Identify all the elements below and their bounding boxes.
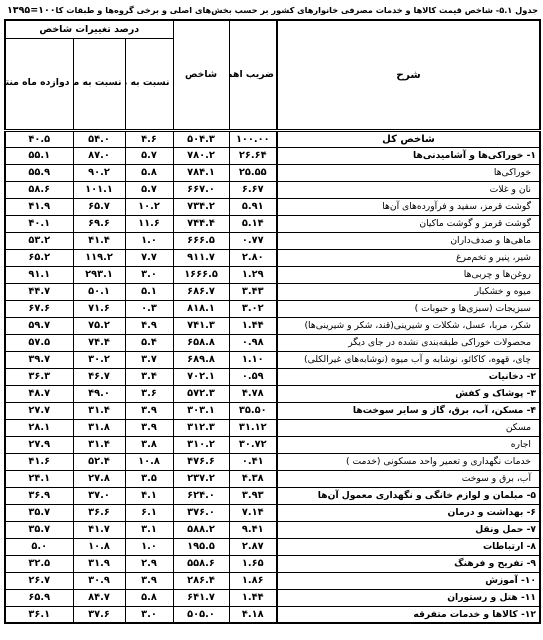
- twelve-month-change-cell: ۳۶.۹: [5, 487, 73, 504]
- yoy-change-cell: ۷۵.۲: [73, 317, 125, 334]
- weight-cell: ۱.۱۰: [229, 351, 277, 368]
- mom-change-cell: ۵.۱: [125, 283, 173, 300]
- weight-cell: ۳۱.۱۲: [229, 419, 277, 436]
- mom-change-cell: ۳.۹: [125, 402, 173, 419]
- yoy-change-cell: ۱۰.۸: [73, 538, 125, 555]
- twelve-month-change-cell: ۵۵.۹: [5, 164, 73, 181]
- index-cell: ۳۷۶.۰: [173, 504, 229, 521]
- twelve-month-change-cell: ۴۱.۶: [5, 453, 73, 470]
- category-label: شکر، مربا، عسل، شکلات و شیرینی(قند، شکر …: [277, 317, 540, 334]
- weight-cell: ۳.۹۳: [229, 487, 277, 504]
- header-month-over-month: نسبت به ماه قبل: [125, 38, 173, 130]
- header-year-over-year: نسبت به ماه مشابه سال قبل: [73, 38, 125, 130]
- table-row: شیر، پنیر و تخم‌مرغ ۲.۸۰ ۹۱۱.۷ ۷.۷ ۱۱۹.۲…: [5, 249, 540, 266]
- mom-change-cell: ۱۰.۸: [125, 453, 173, 470]
- table-row: ۱۰- آموزش ۱.۸۶ ۲۸۶.۴ ۳.۹ ۳۰.۹ ۲۶.۷: [5, 572, 540, 589]
- index-cell: ۶۵۸.۸: [173, 334, 229, 351]
- weight-cell: ۰.۷۷: [229, 232, 277, 249]
- index-cell: ۵۰۴.۳: [173, 130, 229, 147]
- category-label: ۷- حمل ونقل: [277, 521, 540, 538]
- twelve-month-change-cell: ۶۵.۲: [5, 249, 73, 266]
- yoy-change-cell: ۸۴.۷: [73, 589, 125, 606]
- table-row: اجاره ۳۰.۷۲ ۳۱۰.۲ ۳.۸ ۳۱.۴ ۲۷.۹: [5, 436, 540, 453]
- twelve-month-change-cell: ۳۹.۷: [5, 351, 73, 368]
- twelve-month-change-cell: ۲۷.۷: [5, 402, 73, 419]
- table-row: ۱۲- کالاها و خدمات متفرقه ۴.۱۸ ۵۰۵.۰ ۳.۰…: [5, 606, 540, 623]
- index-cell: ۹۱۱.۷: [173, 249, 229, 266]
- mom-change-cell: ۳.۴: [125, 368, 173, 385]
- index-cell: ۳۱۰.۲: [173, 436, 229, 453]
- category-label: میوه و خشکبار: [277, 283, 540, 300]
- table-header: شرح ضریب اهمیت شاخص درصد تغییرات شاخص نس…: [5, 20, 540, 130]
- table-body: شاخص کل ۱۰۰.۰۰ ۵۰۴.۳ ۴.۶ ۵۴.۰ ۴۰.۵ ۱- خو…: [5, 130, 540, 623]
- yoy-change-cell: ۲۷.۸: [73, 470, 125, 487]
- category-label: سبزیجات (سبزی‌ها و حبوبات ): [277, 300, 540, 317]
- index-cell: ۷۸۰.۲: [173, 147, 229, 164]
- yoy-change-cell: ۳۱.۸: [73, 419, 125, 436]
- mom-change-cell: ۳.۰: [125, 266, 173, 283]
- table-row: ۲- دخانیات ۰.۵۹ ۷۰۲.۱ ۳.۴ ۴۶.۷ ۳۶.۳: [5, 368, 540, 385]
- mom-change-cell: ۷.۷: [125, 249, 173, 266]
- index-cell: ۶۲۴.۰: [173, 487, 229, 504]
- category-label: ماهی‌ها و صدف‌داران: [277, 232, 540, 249]
- weight-cell: ۴.۷۸: [229, 385, 277, 402]
- category-label: ۳- پوشاک و کفش: [277, 385, 540, 402]
- mom-change-cell: ۵.۸: [125, 589, 173, 606]
- yoy-change-cell: ۳۶.۶: [73, 504, 125, 521]
- table-row: ۱۱- هتل و رستوران ۱.۴۴ ۶۴۱.۷ ۵.۸ ۸۴.۷ ۶۵…: [5, 589, 540, 606]
- table-row: خوراکی‌ها ۲۵.۵۵ ۷۸۴.۱ ۵.۸ ۹۰.۲ ۵۵.۹: [5, 164, 540, 181]
- index-cell: ۶۶۷.۰: [173, 181, 229, 198]
- table-row: چای، قهوه، کاکائو، نوشابه و آب میوه (نوش…: [5, 351, 540, 368]
- category-label: شاخص کل: [277, 130, 540, 147]
- category-label: ۱۰- آموزش: [277, 572, 540, 589]
- twelve-month-change-cell: ۵۹.۷: [5, 317, 73, 334]
- index-cell: ۵۰۵.۰: [173, 606, 229, 623]
- header-twelve-month: دوازده ماه منتهی به ماه جاری نسبت به دور…: [5, 38, 73, 130]
- mom-change-cell: ۱.۰: [125, 538, 173, 555]
- table-row: ۹- تفریح و فرهنگ ۱.۶۵ ۵۵۸.۶ ۲.۹ ۳۱.۹ ۳۲.…: [5, 555, 540, 572]
- table-row: خدمات نگهداری و تعمیر واحد مسکونی (خدمت …: [5, 453, 540, 470]
- index-cell: ۳۰۳.۱: [173, 402, 229, 419]
- category-label: محصولات خوراکی طبقه‌بندی نشده در جای دیگ…: [277, 334, 540, 351]
- table-row: ۱- خوراکی‌ها و آشامیدنی‌ها ۲۶.۶۴ ۷۸۰.۲ ۵…: [5, 147, 540, 164]
- category-label: ۲- دخانیات: [277, 368, 540, 385]
- table-row: شکر، مربا، عسل، شکلات و شیرینی(قند، شکر …: [5, 317, 540, 334]
- weight-cell: ۳.۰۲: [229, 300, 277, 317]
- index-cell: ۶۸۶.۷: [173, 283, 229, 300]
- mom-change-cell: ۴.۹: [125, 317, 173, 334]
- table-row: مسکن ۳۱.۱۲ ۳۱۲.۳ ۳.۹ ۳۱.۸ ۲۸.۱: [5, 419, 540, 436]
- twelve-month-change-cell: ۳۶.۱: [5, 606, 73, 623]
- category-label: ۵- مبلمان و لوازم خانگی و نگهداری معمول …: [277, 487, 540, 504]
- index-cell: ۷۸۴.۱: [173, 164, 229, 181]
- category-label: ۴- مسکن، آب، برق، گاز و سایر سوخت‌ها: [277, 402, 540, 419]
- yoy-change-cell: ۳۱.۴: [73, 402, 125, 419]
- category-label: شیر، پنیر و تخم‌مرغ: [277, 249, 540, 266]
- table-row: سبزیجات (سبزی‌ها و حبوبات ) ۳.۰۲ ۸۱۸.۱ ۰…: [5, 300, 540, 317]
- mom-change-cell: ۳.۰: [125, 606, 173, 623]
- header-index: شاخص: [173, 20, 229, 130]
- table-row: ۸- ارتباطات ۲.۸۷ ۱۹۵.۵ ۱.۰ ۱۰.۸ ۵.۰: [5, 538, 540, 555]
- twelve-month-change-cell: ۳۲.۵: [5, 555, 73, 572]
- weight-cell: ۱.۶۵: [229, 555, 277, 572]
- header-percent-changes-group: درصد تغییرات شاخص: [5, 20, 173, 38]
- twelve-month-change-cell: ۲۸.۱: [5, 419, 73, 436]
- yoy-change-cell: ۹۰.۲: [73, 164, 125, 181]
- weight-cell: ۱۰۰.۰۰: [229, 130, 277, 147]
- mom-change-cell: ۵.۸: [125, 164, 173, 181]
- mom-change-cell: ۱۰.۲: [125, 198, 173, 215]
- category-label: ۱- خوراکی‌ها و آشامیدنی‌ها: [277, 147, 540, 164]
- category-label: ۹- تفریح و فرهنگ: [277, 555, 540, 572]
- index-cell: ۸۱۸.۱: [173, 300, 229, 317]
- weight-cell: ۲۵.۵۵: [229, 164, 277, 181]
- twelve-month-change-cell: ۵.۰: [5, 538, 73, 555]
- document-page: جدول ۵.۱- شاخص قیمت کالاها و خدمات مصرفی…: [0, 0, 543, 640]
- yoy-change-cell: ۴۹.۰: [73, 385, 125, 402]
- weight-cell: ۱.۸۶: [229, 572, 277, 589]
- category-label: چای، قهوه، کاکائو، نوشابه و آب میوه (نوش…: [277, 351, 540, 368]
- mom-change-cell: ۰.۳: [125, 300, 173, 317]
- yoy-change-cell: ۳۱.۹: [73, 555, 125, 572]
- mom-change-cell: ۶.۱: [125, 504, 173, 521]
- yoy-change-cell: ۳۷.۶: [73, 606, 125, 623]
- table-row: آب، برق و سوخت ۴.۳۸ ۲۳۷.۲ ۳.۵ ۲۷.۸ ۲۴.۱: [5, 470, 540, 487]
- twelve-month-change-cell: ۶۷.۶: [5, 300, 73, 317]
- title-bar: جدول ۵.۱- شاخص قیمت کالاها و خدمات مصرفی…: [0, 0, 543, 19]
- category-label: روغن‌ها و چربی‌ها: [277, 266, 540, 283]
- yoy-change-cell: ۳۱.۴: [73, 436, 125, 453]
- yoy-change-cell: ۳۰.۲: [73, 351, 125, 368]
- weight-cell: ۱.۴۴: [229, 589, 277, 606]
- yoy-change-cell: ۵۲.۴: [73, 453, 125, 470]
- table-row: محصولات خوراکی طبقه‌بندی نشده در جای دیگ…: [5, 334, 540, 351]
- weight-cell: ۳۵.۵۰: [229, 402, 277, 419]
- weight-cell: ۲.۸۰: [229, 249, 277, 266]
- index-cell: ۳۱۲.۳: [173, 419, 229, 436]
- weight-cell: ۲۶.۶۴: [229, 147, 277, 164]
- weight-cell: ۱.۲۹: [229, 266, 277, 283]
- category-label: آب، برق و سوخت: [277, 470, 540, 487]
- weight-cell: ۳۰.۷۲: [229, 436, 277, 453]
- mom-change-cell: ۲.۹: [125, 555, 173, 572]
- weight-cell: ۶.۶۷: [229, 181, 277, 198]
- mom-change-cell: ۱.۰: [125, 232, 173, 249]
- twelve-month-change-cell: ۵۷.۵: [5, 334, 73, 351]
- table-row: ۳- پوشاک و کفش ۴.۷۸ ۵۷۲.۳ ۳.۶ ۴۹.۰ ۴۸.۷: [5, 385, 540, 402]
- mom-change-cell: ۱۱.۶: [125, 215, 173, 232]
- weight-cell: ۴.۳۸: [229, 470, 277, 487]
- index-cell: ۷۴۴.۴: [173, 215, 229, 232]
- twelve-month-change-cell: ۴۰.۱: [5, 215, 73, 232]
- weight-cell: ۷.۱۴: [229, 504, 277, 521]
- index-cell: ۲۸۶.۴: [173, 572, 229, 589]
- category-label: نان و غلات: [277, 181, 540, 198]
- weight-cell: ۴.۱۸: [229, 606, 277, 623]
- index-cell: ۱۹۵.۵: [173, 538, 229, 555]
- twelve-month-change-cell: ۹۱.۱: [5, 266, 73, 283]
- mom-change-cell: ۵.۷: [125, 181, 173, 198]
- mom-change-cell: ۳.۶: [125, 385, 173, 402]
- weight-cell: ۹.۴۱: [229, 521, 277, 538]
- twelve-month-change-cell: ۴۰.۵: [5, 130, 73, 147]
- yoy-change-cell: ۵۰.۱: [73, 283, 125, 300]
- cpi-table: شرح ضریب اهمیت شاخص درصد تغییرات شاخص نس…: [4, 19, 541, 624]
- table-row: ۷- حمل ونقل ۹.۴۱ ۵۸۸.۲ ۳.۱ ۴۱.۷ ۳۵.۷: [5, 521, 540, 538]
- table-row: گوشت قرمز، سفید و فرآورده‌های آن‌ها ۵.۹۱…: [5, 198, 540, 215]
- index-cell: ۱۶۶۶.۵: [173, 266, 229, 283]
- weight-cell: ۰.۹۸: [229, 334, 277, 351]
- category-label: اجاره: [277, 436, 540, 453]
- index-cell: ۵۵۸.۶: [173, 555, 229, 572]
- category-label: ۶- بهداشت و درمان: [277, 504, 540, 521]
- mom-change-cell: ۳.۱: [125, 521, 173, 538]
- table-row: ۶- بهداشت و درمان ۷.۱۴ ۳۷۶.۰ ۶.۱ ۳۶.۶ ۳۵…: [5, 504, 540, 521]
- category-label: ۸- ارتباطات: [277, 538, 540, 555]
- index-cell: ۵۸۸.۲: [173, 521, 229, 538]
- yoy-change-cell: ۴۱.۴: [73, 232, 125, 249]
- twelve-month-change-cell: ۵۸.۶: [5, 181, 73, 198]
- weight-cell: ۵.۹۱: [229, 198, 277, 215]
- index-cell: ۷۴۱.۳: [173, 317, 229, 334]
- mom-change-cell: ۵.۷: [125, 147, 173, 164]
- yoy-change-cell: ۴۶.۷: [73, 368, 125, 385]
- mom-change-cell: ۳.۵: [125, 470, 173, 487]
- mom-change-cell: ۳.۹: [125, 419, 173, 436]
- yoy-change-cell: ۱۱۹.۲: [73, 249, 125, 266]
- category-label: خدمات نگهداری و تعمیر واحد مسکونی (خدمت …: [277, 453, 540, 470]
- mom-change-cell: ۴.۱: [125, 487, 173, 504]
- yoy-change-cell: ۸۷.۰: [73, 147, 125, 164]
- twelve-month-change-cell: ۲۷.۹: [5, 436, 73, 453]
- yoy-change-cell: ۳۷.۰: [73, 487, 125, 504]
- category-label: گوشت قرمز، سفید و فرآورده‌های آن‌ها: [277, 198, 540, 215]
- index-cell: ۲۳۷.۲: [173, 470, 229, 487]
- mom-change-cell: ۳.۹: [125, 572, 173, 589]
- table-row: ماهی‌ها و صدف‌داران ۰.۷۷ ۶۶۶.۵ ۱.۰ ۴۱.۴ …: [5, 232, 540, 249]
- index-cell: ۴۷۶.۶: [173, 453, 229, 470]
- weight-cell: ۰.۴۱: [229, 453, 277, 470]
- yoy-change-cell: ۵۴.۰: [73, 130, 125, 147]
- category-label: ۱۲- کالاها و خدمات متفرقه: [277, 606, 540, 623]
- twelve-month-change-cell: ۴۱.۹: [5, 198, 73, 215]
- category-label: مسکن: [277, 419, 540, 436]
- category-label: گوشت قرمز و گوشت ماکیان: [277, 215, 540, 232]
- yoy-change-cell: ۲۹۳.۱: [73, 266, 125, 283]
- index-cell: ۷۳۴.۲: [173, 198, 229, 215]
- table-row: شاخص کل ۱۰۰.۰۰ ۵۰۴.۳ ۴.۶ ۵۴.۰ ۴۰.۵: [5, 130, 540, 147]
- weight-cell: ۲.۸۷: [229, 538, 277, 555]
- twelve-month-change-cell: ۵۳.۲: [5, 232, 73, 249]
- mom-change-cell: ۵.۴: [125, 334, 173, 351]
- mom-change-cell: ۳.۸: [125, 436, 173, 453]
- base-index-note: ۱۳۹۵=۱۰۰: [5, 5, 56, 16]
- index-cell: ۷۰۲.۱: [173, 368, 229, 385]
- weight-cell: ۰.۵۹: [229, 368, 277, 385]
- table-row: ۵- مبلمان و لوازم خانگی و نگهداری معمول …: [5, 487, 540, 504]
- yoy-change-cell: ۷۱.۶: [73, 300, 125, 317]
- weight-cell: ۱.۴۴: [229, 317, 277, 334]
- header-description: شرح: [277, 20, 540, 130]
- yoy-change-cell: ۷۴.۴: [73, 334, 125, 351]
- twelve-month-change-cell: ۴۴.۷: [5, 283, 73, 300]
- twelve-month-change-cell: ۴۸.۷: [5, 385, 73, 402]
- category-label: خوراکی‌ها: [277, 164, 540, 181]
- header-weight: ضریب اهمیت: [229, 20, 277, 130]
- yoy-change-cell: ۱۰۱.۱: [73, 181, 125, 198]
- category-label: ۱۱- هتل و رستوران: [277, 589, 540, 606]
- weight-cell: ۳.۴۳: [229, 283, 277, 300]
- index-cell: ۵۷۲.۳: [173, 385, 229, 402]
- table-row: ۴- مسکن، آب، برق، گاز و سایر سوخت‌ها ۳۵.…: [5, 402, 540, 419]
- yoy-change-cell: ۶۵.۷: [73, 198, 125, 215]
- index-cell: ۶۸۹.۸: [173, 351, 229, 368]
- index-cell: ۶۴۱.۷: [173, 589, 229, 606]
- yoy-change-cell: ۶۹.۶: [73, 215, 125, 232]
- twelve-month-change-cell: ۳۵.۷: [5, 504, 73, 521]
- weight-cell: ۵.۱۴: [229, 215, 277, 232]
- twelve-month-change-cell: ۲۶.۷: [5, 572, 73, 589]
- table-row: روغن‌ها و چربی‌ها ۱.۲۹ ۱۶۶۶.۵ ۳.۰ ۲۹۳.۱ …: [5, 266, 540, 283]
- table-row: میوه و خشکبار ۳.۴۳ ۶۸۶.۷ ۵.۱ ۵۰.۱ ۴۴.۷: [5, 283, 540, 300]
- table-row: نان و غلات ۶.۶۷ ۶۶۷.۰ ۵.۷ ۱۰۱.۱ ۵۸.۶: [5, 181, 540, 198]
- twelve-month-change-cell: ۳۶.۳: [5, 368, 73, 385]
- twelve-month-change-cell: ۲۴.۱: [5, 470, 73, 487]
- table-row: گوشت قرمز و گوشت ماکیان ۵.۱۴ ۷۴۴.۴ ۱۱.۶ …: [5, 215, 540, 232]
- yoy-change-cell: ۴۱.۷: [73, 521, 125, 538]
- yoy-change-cell: ۳۰.۹: [73, 572, 125, 589]
- mom-change-cell: ۳.۷: [125, 351, 173, 368]
- index-cell: ۶۶۶.۵: [173, 232, 229, 249]
- twelve-month-change-cell: ۵۵.۱: [5, 147, 73, 164]
- mom-change-cell: ۴.۶: [125, 130, 173, 147]
- twelve-month-change-cell: ۶۵.۹: [5, 589, 73, 606]
- page-title: جدول ۵.۱- شاخص قیمت کالاها و خدمات مصرفی…: [56, 5, 538, 15]
- twelve-month-change-cell: ۳۵.۷: [5, 521, 73, 538]
